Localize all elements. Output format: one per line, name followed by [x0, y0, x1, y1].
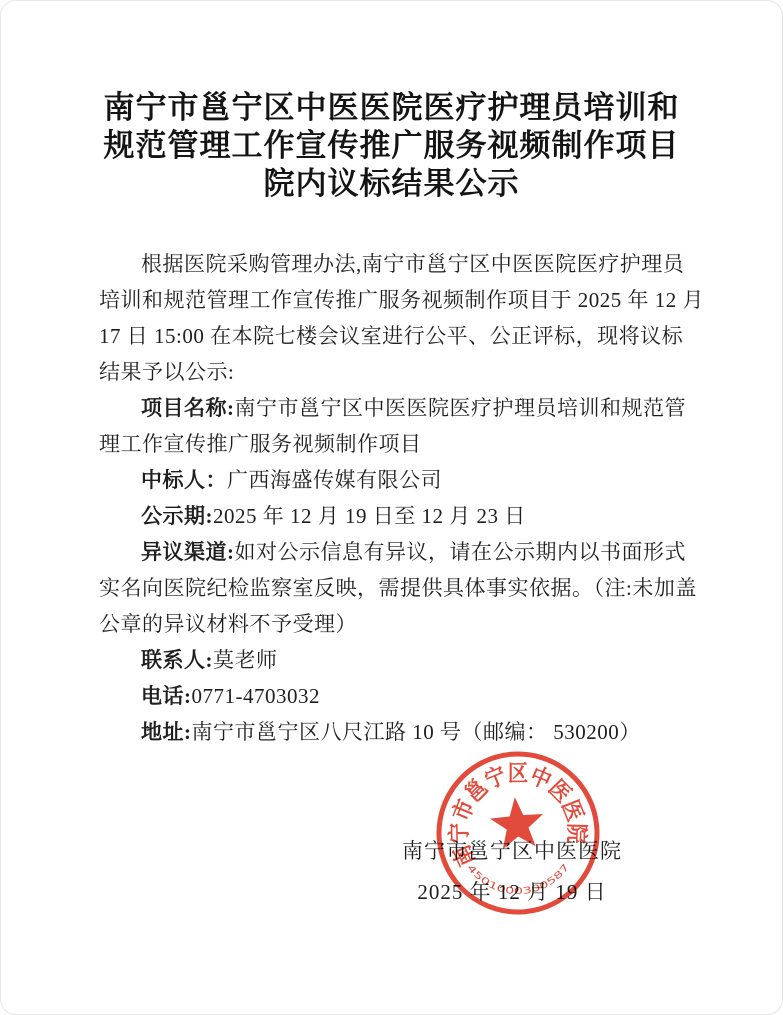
body-line-text: 广西海盛传媒有限公司 — [227, 468, 442, 492]
body-line: 公章的异议材料不予受理） — [99, 606, 694, 642]
body-line-label: 公示期: — [141, 504, 213, 528]
body-line-text: 2025 年 12 月 19 日至 12 月 23 日 — [213, 504, 526, 528]
body-line: 17 日 15:00 在本院七楼会议室进行公平、公正评标，现将议标 — [99, 318, 694, 354]
body-line-label: 中标人： — [141, 468, 227, 492]
body-line: 项目名称:南宁市邕宁区中医医院医疗护理员培训和规范管 — [99, 390, 694, 426]
body-line: 中标人：广西海盛传媒有限公司 — [99, 462, 694, 498]
body-line-text: 结果予以公示: — [99, 360, 234, 384]
body-line-text: 17 日 15:00 在本院七楼会议室进行公平、公正评标，现将议标 — [99, 324, 683, 348]
body-line: 培训和规范管理工作宣传推广服务视频制作项目于 2025 年 12 月 — [99, 282, 694, 318]
body-line: 实名向医院纪检监察室反映，需提供具体事实依据。（注:未加盖 — [99, 570, 694, 606]
star-icon — [488, 795, 545, 850]
body-line-text: 公章的异议材料不予受理） — [99, 612, 357, 636]
document-title: 南宁市邕宁区中医医院医疗护理员培训和 规范管理工作宣传推广服务视频制作项目 院内… — [41, 89, 742, 203]
body-line-label: 项目名称: — [141, 396, 235, 420]
body-line-text: 根据医院采购管理办法,南宁市邕宁区中医医院医疗护理员 — [141, 252, 684, 276]
title-line: 院内议标结果公示 — [41, 165, 742, 203]
body-line-text: 实名向医院纪检监察室反映，需提供具体事实依据。（注:未加盖 — [99, 576, 697, 600]
document-body: 根据医院采购管理办法,南宁市邕宁区中医医院医疗护理员 培训和规范管理工作宣传推广… — [99, 246, 694, 750]
body-line-label: 地址: — [141, 720, 192, 744]
seal-code-arc: 4501000300587 — [464, 855, 574, 902]
official-seal: 南宁市邕宁区中医医院 4501000300587 — [425, 740, 611, 926]
body-line-text: 如对公示信息有异议，请在公示期内以书面形式 — [235, 540, 687, 564]
body-line-text: 莫老师 — [213, 648, 278, 672]
body-line-label: 电话: — [141, 684, 192, 708]
body-line: 异议渠道:如对公示信息有异议，请在公示期内以书面形式 — [99, 534, 694, 570]
title-line: 规范管理工作宣传推广服务视频制作项目 — [41, 127, 742, 165]
body-line-text: 培训和规范管理工作宣传推广服务视频制作项目于 2025 年 12 月 — [99, 288, 704, 312]
body-line: 公示期:2025 年 12 月 19 日至 12 月 23 日 — [99, 498, 694, 534]
body-line: 地址:南宁市邕宁区八尺江路 10 号（邮编： 530200） — [99, 714, 694, 750]
body-line-text: 0771-4703032 — [192, 684, 321, 708]
body-line: 结果予以公示: — [99, 354, 694, 390]
body-line-text: 理工作宣传推广服务视频制作项目 — [99, 432, 422, 456]
body-line: 电话:0771-4703032 — [99, 678, 694, 714]
body-line-label: 联系人: — [141, 648, 213, 672]
body-line-text: 南宁市邕宁区中医医院医疗护理员培训和规范管 — [235, 396, 687, 420]
body-line: 理工作宣传推广服务视频制作项目 — [99, 426, 694, 462]
title-line: 南宁市邕宁区中医医院医疗护理员培训和 — [41, 89, 742, 127]
body-line-text: 南宁市邕宁区八尺江路 10 号（邮编： 530200） — [192, 720, 641, 744]
body-line: 根据医院采购管理办法,南宁市邕宁区中医医院医疗护理员 — [99, 246, 694, 282]
document-page: 南宁市邕宁区中医医院医疗护理员培训和 规范管理工作宣传推广服务视频制作项目 院内… — [0, 0, 783, 1015]
body-line: 联系人:莫老师 — [99, 642, 694, 678]
body-line-label: 异议渠道: — [141, 540, 235, 564]
